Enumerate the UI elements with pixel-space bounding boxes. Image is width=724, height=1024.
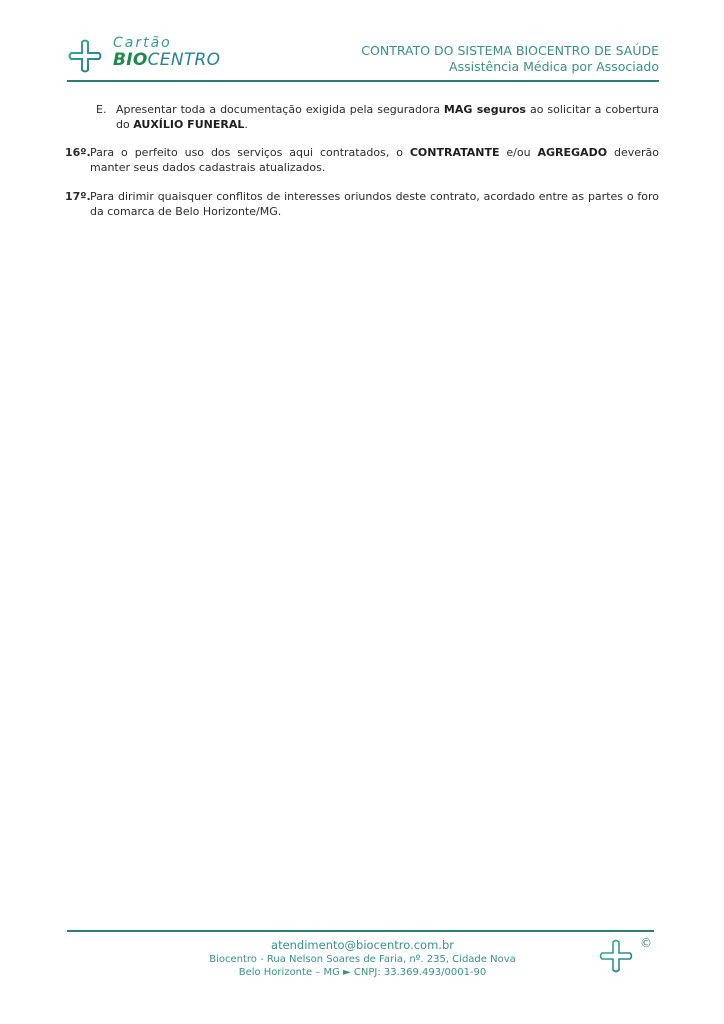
logo-cartao: Cartão (113, 36, 220, 50)
footer-divider (67, 930, 654, 932)
logo: Cartão BIOCENTRO (67, 36, 227, 76)
clause-16: 16º. Para o perfeito uso dos serviços aq… (67, 145, 659, 175)
header-divider (67, 80, 659, 82)
document-subtitle: Assistência Médica por Associado (361, 59, 659, 75)
logo-centro: CENTRO (148, 50, 221, 70)
list-marker: E. (96, 102, 106, 117)
party-agregado: AGREGADO (538, 146, 608, 159)
list-item-e: E. Apresentar toda a documentação exigid… (67, 102, 659, 132)
coverage-name: AUXÍLIO FUNERAL (133, 118, 244, 131)
logo-brand: BIOCENTRO (113, 52, 220, 69)
footer-address: Biocentro - Rua Nelson Soares de Faria, … (160, 953, 565, 966)
clause-number: 17º. (65, 189, 91, 204)
clause-17: 17º. Para dirimir quaisquer conflitos de… (67, 189, 659, 219)
document-title: CONTRATO DO SISTEMA BIOCENTRO DE SAÚDE (361, 43, 659, 59)
party-contratante: CONTRATANTE (410, 146, 500, 159)
page-header: Cartão BIOCENTRO CONTRATO DO SISTEMA BIO… (67, 36, 659, 82)
copyright-symbol: © (640, 936, 652, 950)
page-footer: atendimento@biocentro.com.br Biocentro -… (160, 938, 565, 979)
insurer-name: MAG seguros (444, 103, 526, 116)
cross-stethoscope-icon (598, 938, 634, 974)
text: Para o perfeito uso dos serviços aqui co… (90, 146, 410, 159)
footer-city-cnpj: Belo Horizonte – MG ► CNPJ: 33.369.493/0… (160, 966, 565, 979)
text: Apresentar toda a documentação exigida p… (116, 103, 444, 116)
text: . (244, 118, 248, 131)
logo-bio: BIO (113, 50, 148, 70)
text: Para dirimir quaisquer conflitos de inte… (90, 190, 659, 218)
footer-email: atendimento@biocentro.com.br (160, 938, 565, 953)
text: e/ou (500, 146, 538, 159)
document-body: E. Apresentar toda a documentação exigid… (67, 102, 659, 219)
cross-stethoscope-icon (67, 38, 103, 74)
clause-number: 16º. (65, 145, 91, 160)
